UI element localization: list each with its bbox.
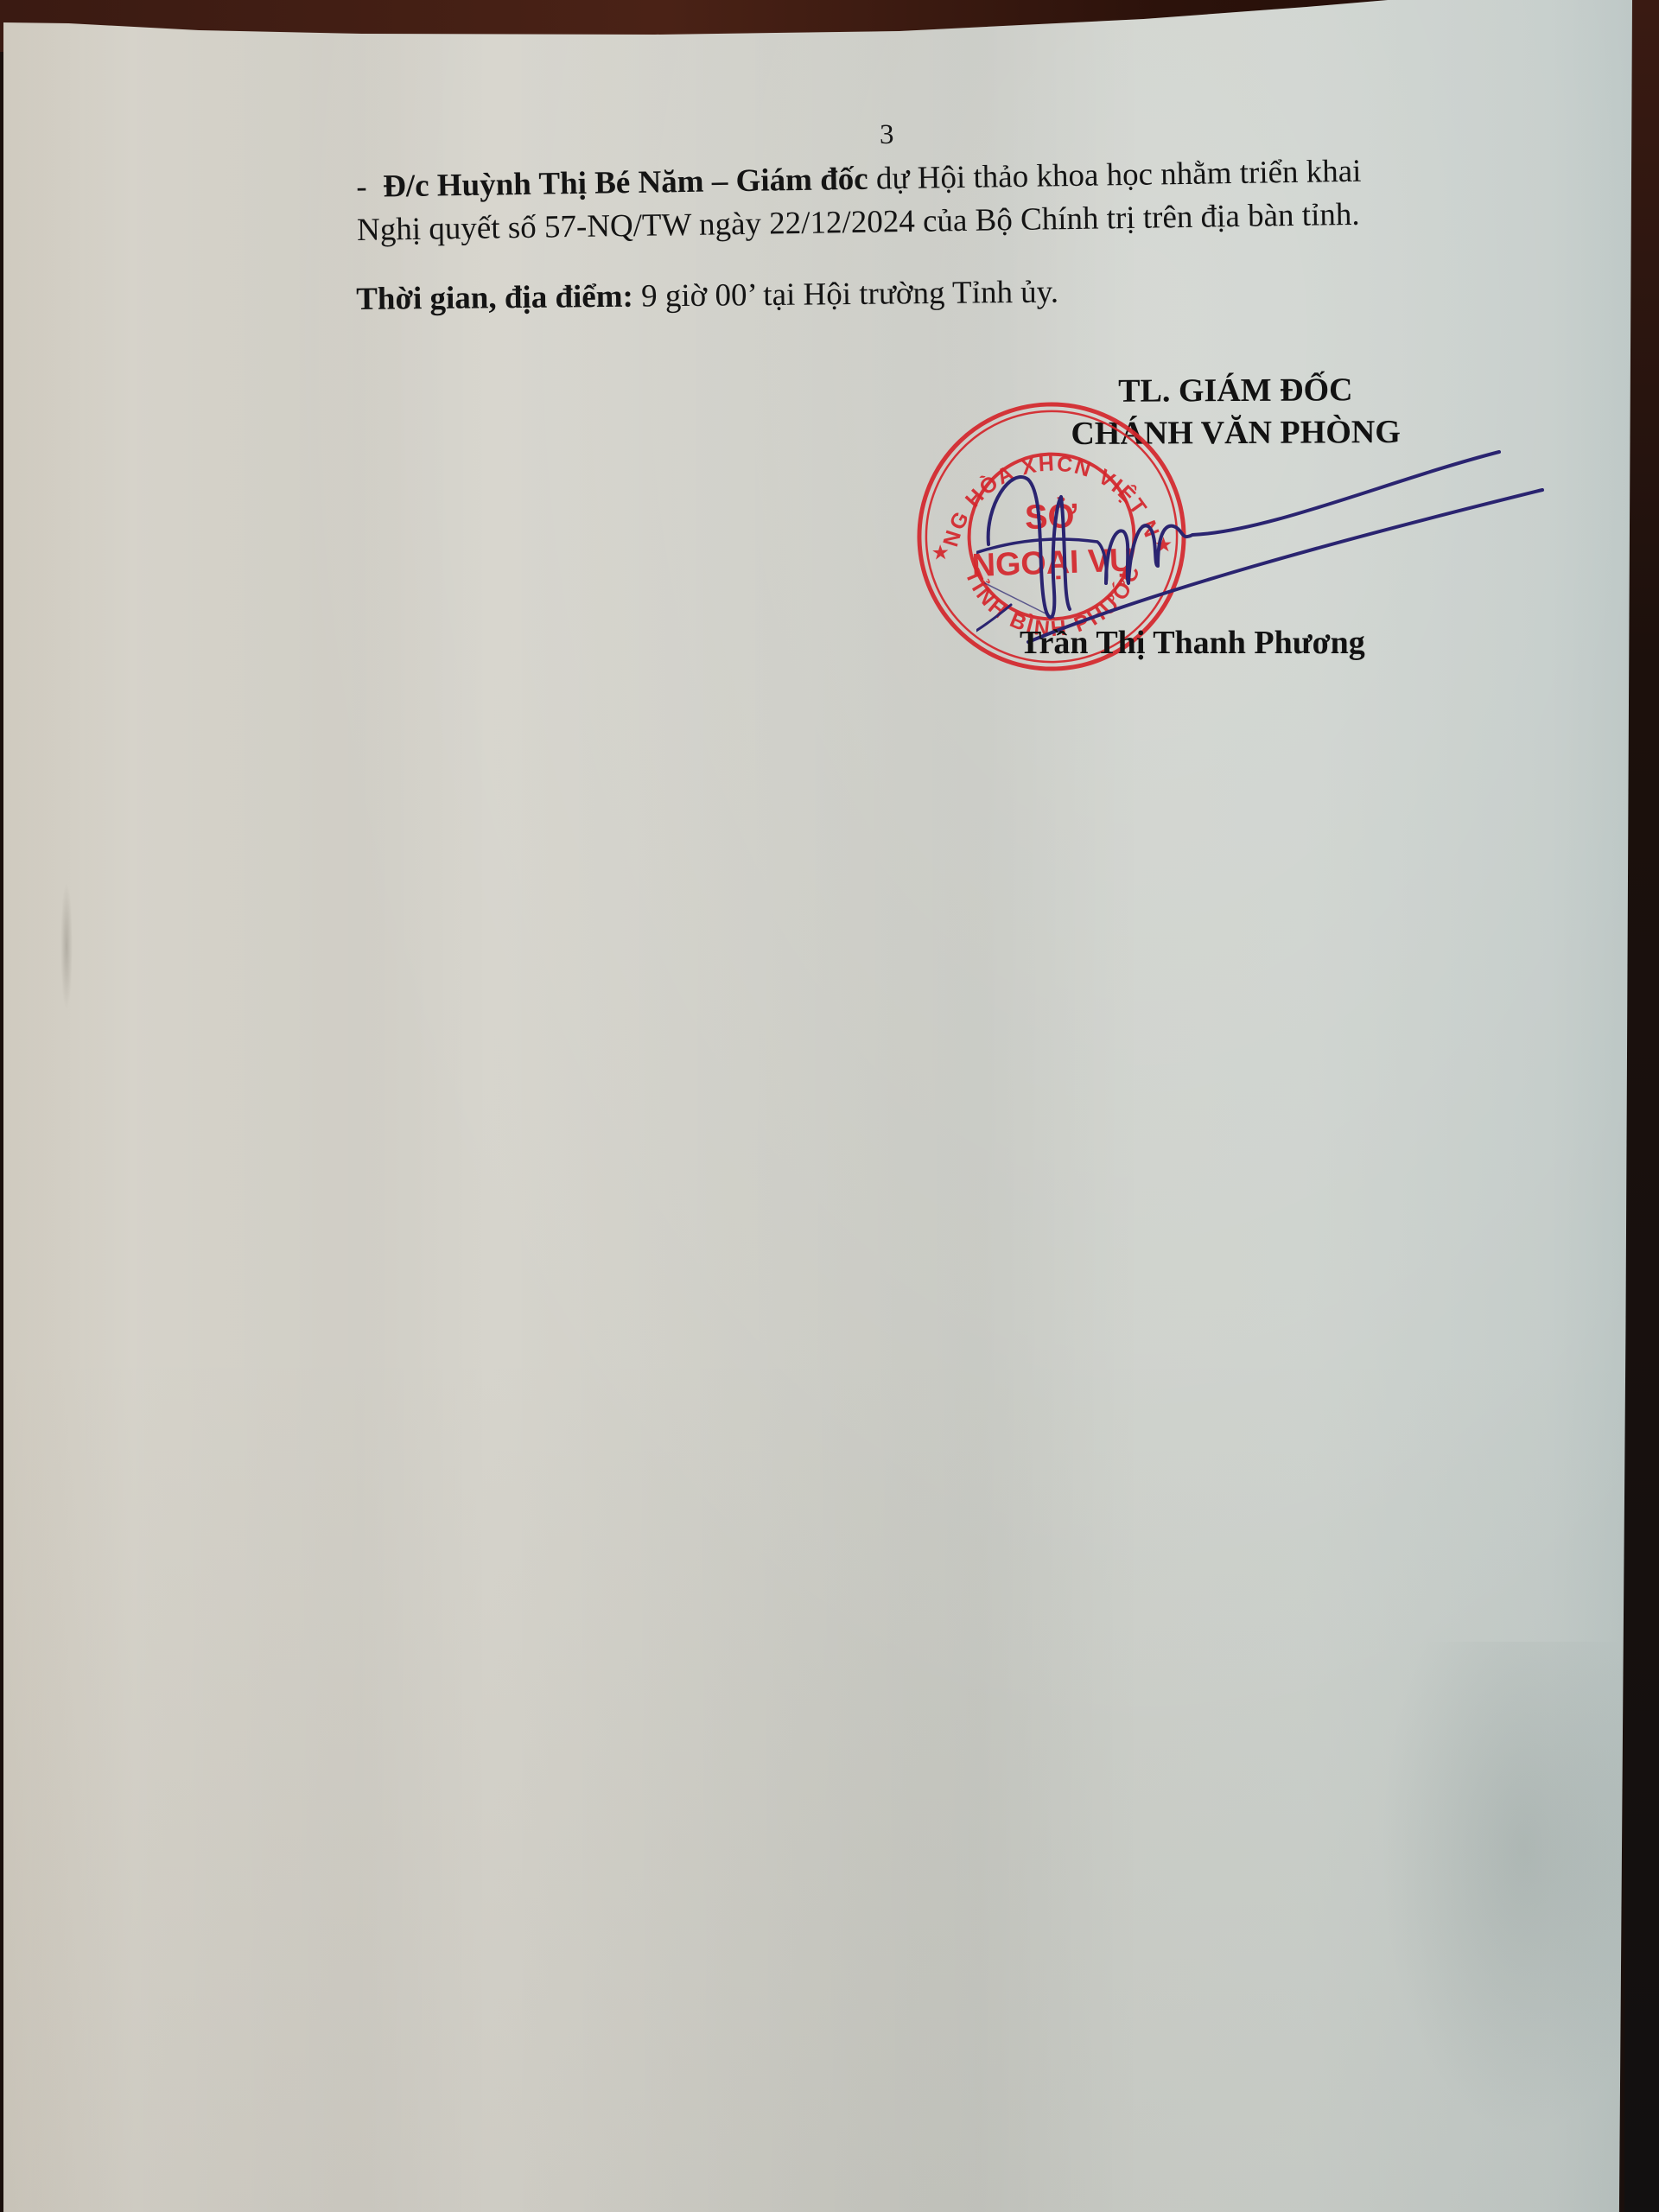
attendee-name-title: Đ/c Huỳnh Thị Bé Năm – Giám đốc [383,162,868,205]
list-dash: - [356,169,383,205]
attendee-event: dự Hội thảo khoa học nhằm triển khai [868,154,1361,197]
time-location-label: Thời gian, địa điểm: [356,279,633,317]
paper-sheet [3,0,1632,2212]
page-number: 3 [880,119,894,151]
star-icon: ★ [931,541,950,565]
signer-name: Trần Thị Thanh Phương [1020,624,1365,662]
time-location-value: 9 giờ 00’ tại Hội trường Tỉnh ủy. [633,274,1059,314]
paper-fold-shadow [1369,1642,1628,2160]
paper-smudge [60,881,73,1011]
